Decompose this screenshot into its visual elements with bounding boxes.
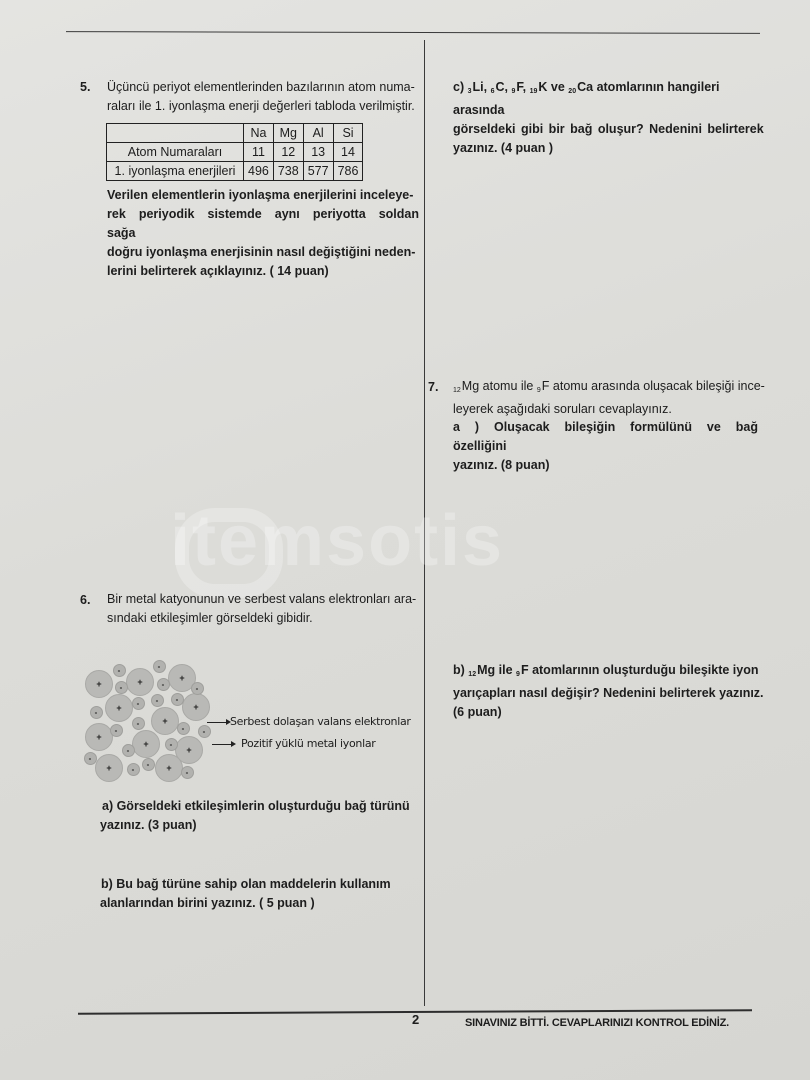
q6-intro: Bir metal katyonunun ve serbest valans e… [107,590,422,628]
metal-ion: + [155,754,183,782]
valence-electron: - [132,717,145,730]
element-symbol: K ve [538,80,564,94]
row-label: Atom Numaraları [107,143,244,162]
page-number: 2 [412,1012,419,1027]
q7-text: atomu arasında oluşacak bileşiği ince- [553,379,765,393]
metal-ion: + [126,668,154,696]
metal-ion: + [132,730,160,758]
atomic-number: 9 [511,88,515,95]
metallic-bond-diagram: +++++++++++------------------- [78,654,218,778]
table-header: Na [244,124,274,143]
q7-a-line: yazınız. (8 puan) [453,456,758,475]
q5-intro-line: Üçüncü periyot elementlerinden bazıların… [107,78,422,97]
table-cell: 14 [333,143,363,162]
watermark: itemsotis [170,500,504,582]
q6-a-line: a) Görseldeki etkileşimlerin oluşturduğu… [100,797,420,816]
q6-intro-line: Bir metal katyonunun ve serbest valans e… [107,590,422,609]
footer-message: SINAVINIZ BİTTİ. CEVAPLARINIZI KONTROL E… [465,1017,729,1029]
element-symbol: C, [496,80,509,94]
q7-b-line: yarıçapları nasıl değişir? Nedenini beli… [453,684,773,703]
valence-electron: - [191,682,204,695]
q5-task-line: doğru iyonlaşma enerjisinin nasıl değişt… [107,243,419,262]
table-row: Atom Numaraları 11 12 13 14 [107,143,363,162]
atomic-number: 12 [453,387,461,394]
q6-b-line: alanlarından birini yazınız. ( 5 puan ) [100,894,420,913]
q7-part-b: b) 12Mg ile 9F atomlarının oluşturduğu b… [453,661,773,722]
row-label: 1. iyonlaşma enerjileri [107,162,244,181]
q6-a-line: yazınız. (3 puan) [100,816,420,835]
b-prefix: b) [453,663,465,677]
q5-task-line: Verilen elementlerin iyonlaşma enerjiler… [107,186,419,205]
q6-part-b: b) Bu bağ türüne sahip olan maddelerin k… [100,875,420,913]
table-cell: 12 [273,143,303,162]
table-cell: 786 [333,162,363,181]
q6-b-line: b) Bu bağ türüne sahip olan maddelerin k… [100,875,420,894]
atomic-number: 6 [491,88,495,95]
element-symbol: F, [516,80,526,94]
table-cell [107,124,244,143]
c-prefix: c) [453,80,464,94]
atomic-number: 19 [530,88,538,95]
q7-intro-line: 12Mg atomu ile 9F atomu arasında oluşaca… [453,377,773,400]
top-rule [66,31,760,34]
q5-task-line: rek periyodik sistemde aynı periyotta so… [107,205,419,243]
q6-c-line: c) 3Li, 6C, 9F, 19K ve 20Ca atomlarının … [453,78,771,120]
element-symbol: Mg [477,663,495,677]
q6-c-line: yazınız. (4 puan ) [453,139,771,158]
valence-electron: - [122,744,135,757]
q7-number: 7. [428,380,438,394]
q7-intro-line: leyerek aşağıdaki soruları cevaplayınız. [453,400,773,419]
q6-number: 6. [80,593,90,607]
q5-intro-line: raları ile 1. iyonlaşma enerji değerleri… [107,97,422,116]
valence-electron: - [198,725,211,738]
atomic-number: 3 [468,88,472,95]
valence-electron: - [177,722,190,735]
q6-part-a: a) Görseldeki etkileşimlerin oluşturduğu… [100,797,420,835]
valence-electron: - [110,724,123,737]
valence-electron: - [132,697,145,710]
valence-electron: - [142,758,155,771]
valence-electron: - [165,738,178,751]
valence-electron: - [115,681,128,694]
valence-electron: - [157,678,170,691]
table-header: Mg [273,124,303,143]
table-row: 1. iyonlaşma enerjileri 496 738 577 786 [107,162,363,181]
metal-ion: + [95,754,123,782]
q7-b-line: b) 12Mg ile 9F atomlarının oluşturduğu b… [453,661,773,684]
q7-text: atomlarının oluşturduğu bileşikte iyon [532,663,758,677]
table-header: Si [333,124,363,143]
table-cell: 577 [303,162,333,181]
ionization-table: Na Mg Al Si Atom Numaraları 11 12 13 14 … [106,123,363,181]
arrow-icon [207,722,227,723]
valence-electron: - [113,664,126,677]
valence-electron: - [84,752,97,765]
metal-ion: + [182,693,210,721]
q5-intro: Üçüncü periyot elementlerinden bazıların… [107,78,422,116]
element-symbol: Ca [577,80,593,94]
valence-electron: - [127,763,140,776]
q5-task: Verilen elementlerin iyonlaşma enerjiler… [107,186,419,281]
q6-intro-line: sındaki etkileşimler görseldeki gibidir. [107,609,422,628]
q7-text: ile [499,663,513,677]
atomic-number: 9 [537,387,541,394]
valence-electron: - [90,706,103,719]
atomic-number: 20 [568,88,576,95]
q5-number: 5. [80,80,90,94]
table-header: Al [303,124,333,143]
table-cell: 11 [244,143,274,162]
metal-ion: + [85,670,113,698]
element-symbol: Mg [462,379,479,393]
q7-part-a: a ) Oluşacak bileşiğin formülünü ve bağ … [453,418,758,475]
label-electrons: Serbest dolaşan valans elektronlar [230,715,411,728]
q7-text: atomu ile [483,379,534,393]
q7-intro: 12Mg atomu ile 9F atomu arasında oluşaca… [453,377,773,419]
table-cell: 13 [303,143,333,162]
label-ions: Pozitif yüklü metal iyonlar [241,737,376,750]
q5-task-line: lerini belirterek açıklayınız. ( 14 puan… [107,262,419,281]
valence-electron: - [151,694,164,707]
arrow-icon [212,744,232,745]
q7-a-line: a ) Oluşacak bileşiğin formülünü ve bağ … [453,418,758,456]
metal-ion: + [85,723,113,751]
q6-part-c: c) 3Li, 6C, 9F, 19K ve 20Ca atomlarının … [453,78,771,158]
metal-ion: + [151,707,179,735]
valence-electron: - [171,693,184,706]
table-cell: 738 [273,162,303,181]
element-symbol: F [521,663,529,677]
metal-ion: + [105,694,133,722]
table-header-row: Na Mg Al Si [107,124,363,143]
q6-c-line: görseldeki gibi bir bağ oluşur? Nedenini… [453,120,771,139]
valence-electron: - [153,660,166,673]
valence-electron: - [181,766,194,779]
element-symbol: F [542,379,550,393]
atomic-number: 9 [516,671,520,678]
table-cell: 496 [244,162,274,181]
element-symbol: Li, [473,80,488,94]
atomic-number: 12 [468,671,476,678]
q7-b-line: (6 puan) [453,703,773,722]
